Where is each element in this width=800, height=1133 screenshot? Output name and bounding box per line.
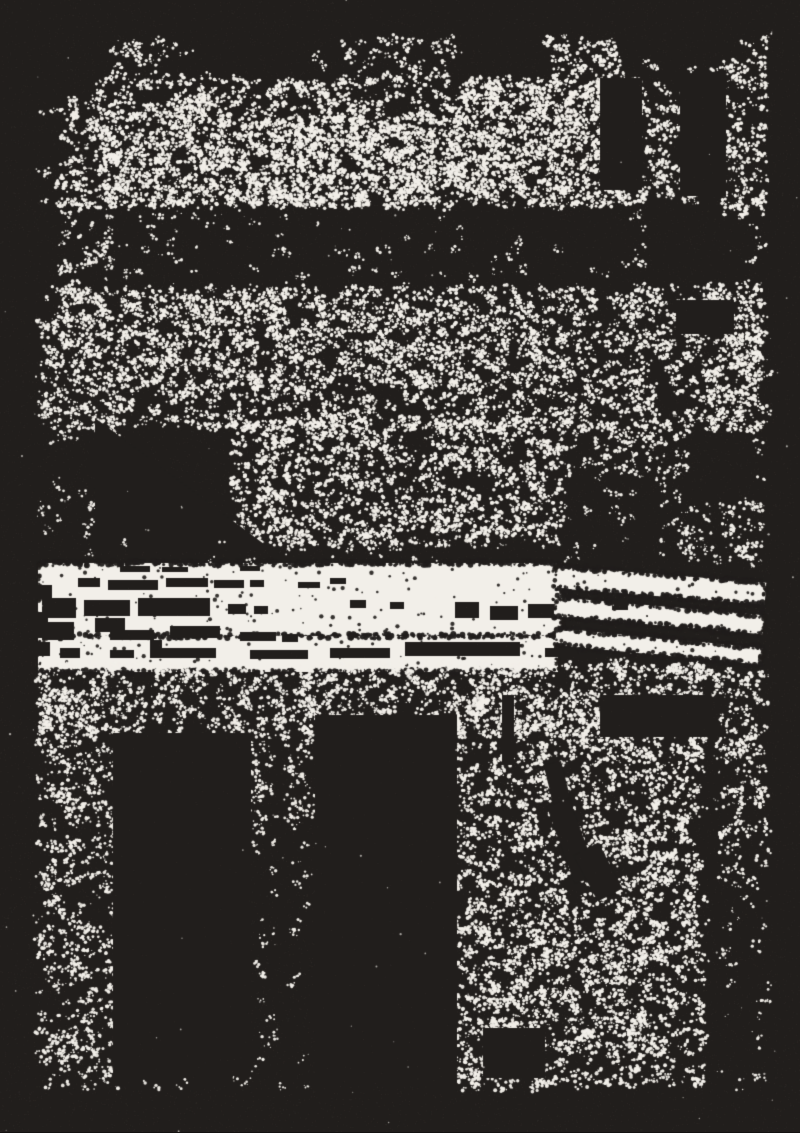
binarized-photo-canvas xyxy=(0,0,800,1132)
page: { "meta": { "description": "High-contras… xyxy=(0,0,800,1132)
binarized-photo: High-contrast binarized black-and-white … xyxy=(0,0,800,1132)
